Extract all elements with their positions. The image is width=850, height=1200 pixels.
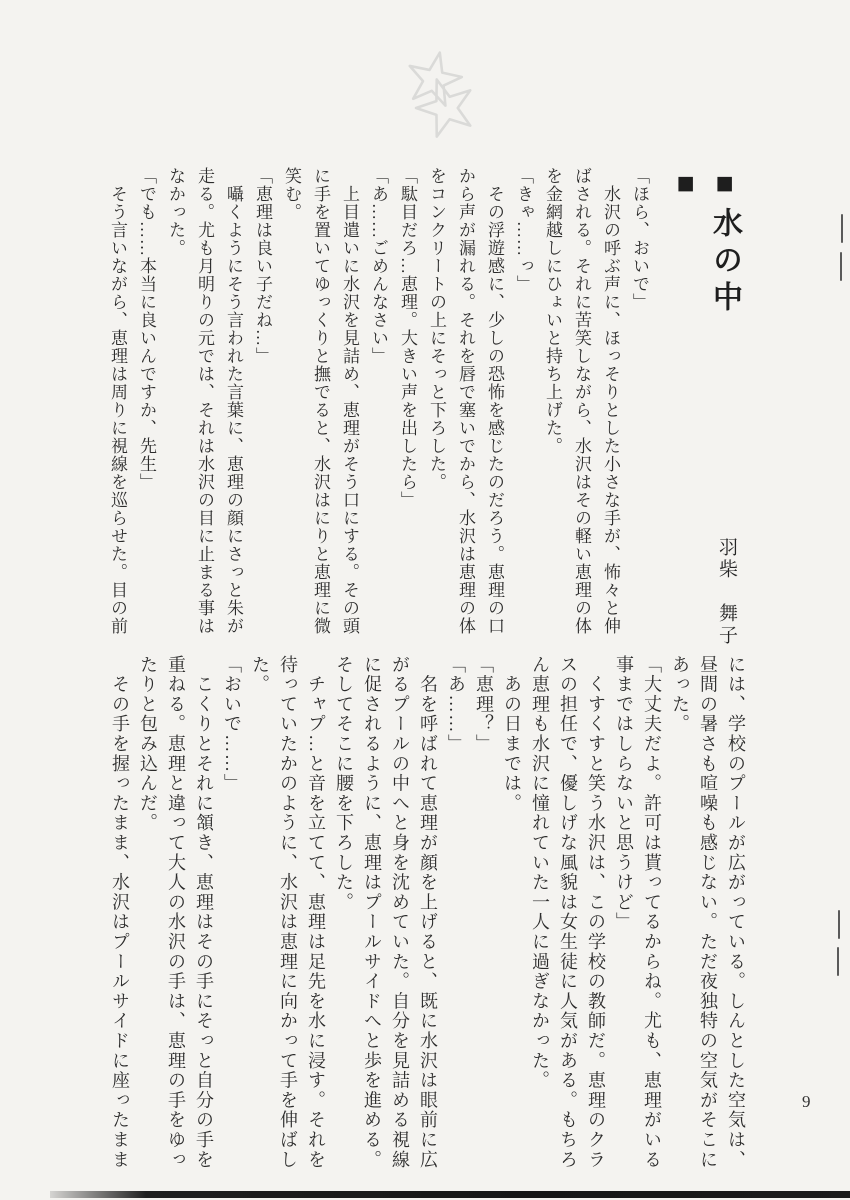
text-line: 囁くようにそう言われた言葉に、恵理の顔にさっと朱が [219, 167, 248, 639]
text-line: 水沢の呼ぶ声に、ほっそりとした小さな手が、怖々と伸 [596, 167, 625, 639]
text-line: から声が漏れる。それを唇で塞いでから、水沢は恵理の体 [451, 167, 480, 639]
text-line: なかった。 [161, 167, 190, 639]
story-text-block-bottom: には、学校のプールが広がっている。しんとした空気は、昼間の暑さも喧噪も感じない。… [106, 655, 750, 1173]
text-line: 待っていたかのように、水沢は恵理に向かって手を伸ばし [274, 655, 302, 1173]
text-line: チャプ…と音を立てて、恵理は足先を水に浸す。それを [302, 655, 330, 1173]
text-line: スの担任で、優しげな風貌は女生徒に人気がある。もちろ [554, 655, 582, 1173]
text-line: あった。 [666, 655, 694, 1173]
text-line: くすくすと笑う水沢は、この学校の教師だ。恵理のクラ [582, 655, 610, 1173]
text-line: 「駄目だろ…恵理。大きい声を出したら」 [393, 167, 422, 639]
text-line: た。 [246, 655, 274, 1173]
text-line: 名を呼ばれて恵理が顔を上げると、既に水沢は眼前に広 [414, 655, 442, 1173]
edge-tick-mark [840, 252, 842, 281]
text-line: 上目遣いに水沢を見詰め、恵理がそう口にする。その頭 [335, 167, 364, 639]
page-number: 9 [802, 1092, 811, 1112]
text-line: 「恵理？」 [470, 655, 498, 1173]
text-line: そう言いながら、恵理は周りに視線を巡らせた。目の前 [103, 167, 132, 639]
text-line: 笑む。 [277, 167, 306, 639]
text-line: 「あ……」 [442, 655, 470, 1173]
text-line: たりと包み込んだ。 [134, 655, 162, 1173]
text-line: ばされる。それに苦笑しながら、水沢はその軽い恵理の体 [567, 167, 596, 639]
text-line: その浮遊感に、少しの恐怖を感じたのだろう。恵理の口 [480, 167, 509, 639]
edge-tick-mark [838, 910, 840, 939]
text-line: 「あ……ごめんなさい」 [364, 167, 393, 639]
double-star-icon [388, 46, 492, 146]
text-line: 「恵理は良い子だね…」 [248, 167, 277, 639]
scanned-page: ■水の中■ 羽柴 舞子 「ほら、おいで」 水沢の呼ぶ声に、ほっそりとした小さな手… [0, 0, 850, 1200]
text-line: 「ほら、おいで」 [625, 167, 654, 639]
text-line: ん恵理も水沢に憧れていた一人に過ぎなかった。 [526, 655, 554, 1173]
text-line: 「おいで……」 [218, 655, 246, 1173]
text-line: がるプールの中へと身を沈めていた。自分を見詰める視線 [386, 655, 414, 1173]
edge-tick-mark [841, 214, 843, 243]
text-line: こくりとそれに頷き、恵理はその手にそっと自分の手を [190, 655, 218, 1173]
edge-tick-mark [837, 947, 839, 976]
text-line: そしてそこに腰を下ろした。 [330, 655, 358, 1173]
text-line: をコンクリートの上にそっと下ろした。 [422, 167, 451, 639]
text-line: を金網越しにひょいと持ち上げた。 [538, 167, 567, 639]
text-line: に促されるように、恵理はプールサイドへと歩を進める。 [358, 655, 386, 1173]
text-line: その手を握ったまま、水沢はプールサイドに座ったまま [106, 655, 134, 1173]
text-line: 昼間の暑さも喧噪も感じない。ただ夜独特の空気がそこに [694, 655, 722, 1173]
story-title: ■水の中■ [668, 167, 746, 357]
text-line: 事まではしらないと思うけど」 [610, 655, 638, 1173]
text-line: あの日までは。 [498, 655, 526, 1173]
text-line: 「きゃ……っ」 [509, 167, 538, 639]
text-line: 「大丈夫だよ。許可は貰ってるからね。尤も、恵理がいる [638, 655, 666, 1173]
text-line: には、学校のプールが広がっている。しんとした空気は、 [722, 655, 750, 1173]
text-line: 走る。尤も月明りの元では、それは水沢の目に止まる事は [190, 167, 219, 639]
text-line: 「でも……本当に良いんですか、先生」 [132, 167, 161, 639]
story-text-block-top: 「ほら、おいで」 水沢の呼ぶ声に、ほっそりとした小さな手が、怖々と伸ばされる。そ… [103, 167, 654, 639]
scan-edge-band [50, 1191, 850, 1198]
text-line: 重ねる。恵理と違って大人の水沢の手は、恵理の手をゆっ [162, 655, 190, 1173]
author-name: 羽柴 舞子 [713, 537, 740, 647]
text-line: に手を置いてゆっくりと撫でると、水沢はにりと恵理に微 [306, 167, 335, 639]
